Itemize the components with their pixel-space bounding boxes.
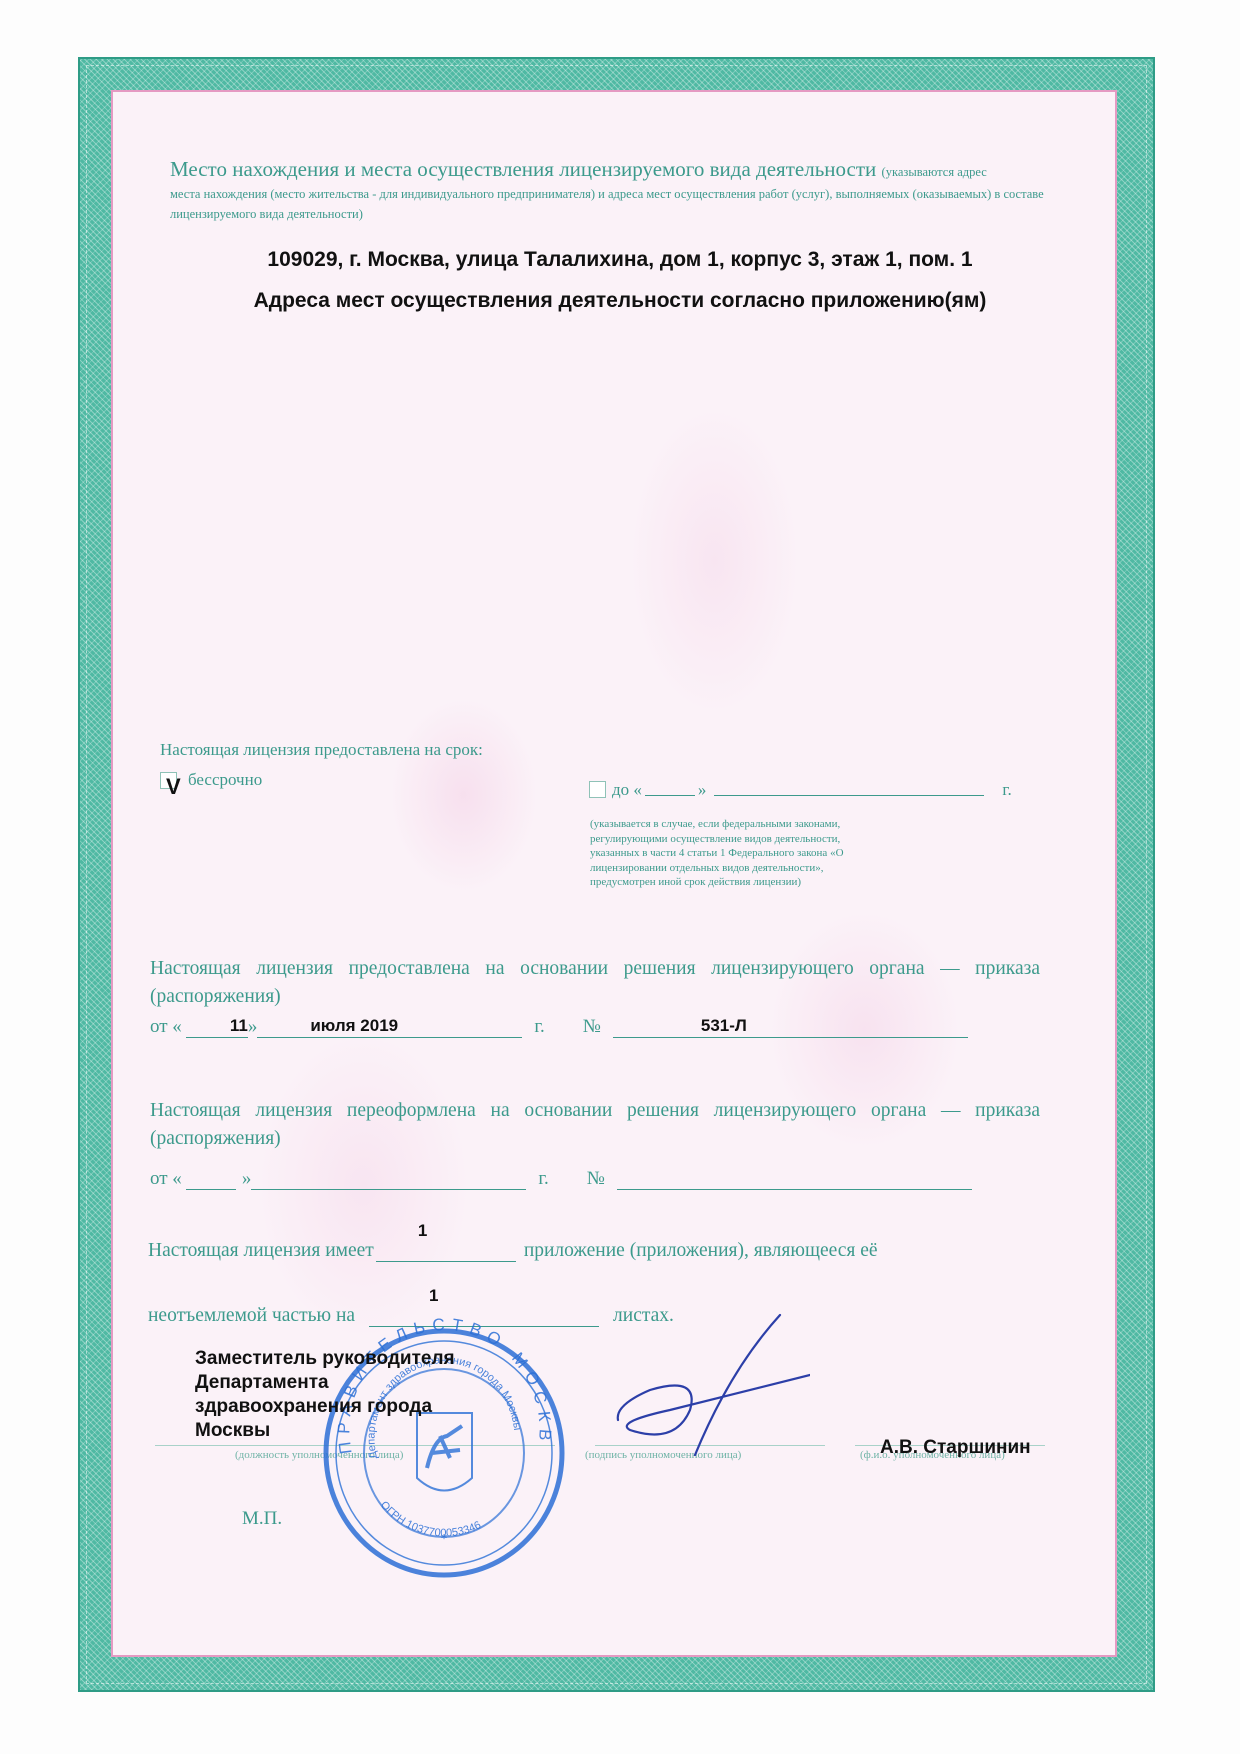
appendix-count-field: 1 bbox=[376, 1241, 516, 1262]
until-day-line bbox=[645, 795, 695, 796]
stamp-ogrn: ОГРН 1037700053346 bbox=[378, 1499, 483, 1539]
reissue-text: Настоящая лицензия переоформлена на осно… bbox=[150, 1097, 1040, 1153]
appendix-count: 1 bbox=[418, 1221, 427, 1241]
grant-month-year: июля 2019 bbox=[310, 1016, 398, 1035]
appendix-text-before: Настоящая лицензия имеет bbox=[148, 1240, 374, 1262]
reissue-number-field bbox=[617, 1171, 972, 1190]
position-line-2: Департамента bbox=[195, 1371, 455, 1395]
seal-place-label: М.П. bbox=[242, 1508, 282, 1530]
until-month-line bbox=[714, 795, 984, 796]
signatory-position: Заместитель руководителя Департамента зд… bbox=[195, 1347, 455, 1443]
address-note: Адреса мест осуществления деятельности с… bbox=[0, 289, 1240, 313]
term-label: Настоящая лицензия предоставлена на срок… bbox=[160, 740, 483, 760]
position-line-3: здравоохранения города bbox=[195, 1395, 455, 1419]
until-checkbox[interactable] bbox=[589, 781, 606, 798]
sheets-count: 1 bbox=[429, 1286, 438, 1306]
reissue-from-label: от « bbox=[150, 1168, 182, 1190]
handwritten-signature bbox=[610, 1310, 810, 1460]
grant-number-field: 531-Л bbox=[613, 1015, 968, 1038]
until-year-suffix: г. bbox=[1002, 780, 1011, 800]
grant-month-field: июля 2019 bbox=[257, 1015, 522, 1038]
reissue-year-suffix: г. bbox=[538, 1168, 548, 1190]
position-line-4: Москвы bbox=[195, 1419, 455, 1443]
appendix-row: Настоящая лицензия имеет 1 приложение (п… bbox=[148, 1240, 1038, 1262]
svg-text:*: * bbox=[441, 1532, 448, 1547]
reissue-date-row: от « » г. № bbox=[150, 1168, 1030, 1190]
svg-text:ОГРН 1037700053346: ОГРН 1037700053346 bbox=[378, 1499, 483, 1539]
until-quote: » bbox=[698, 780, 707, 800]
position-line-1: Заместитель руководителя bbox=[195, 1347, 455, 1371]
check-mark-icon: V bbox=[166, 774, 181, 800]
grant-number-label: № bbox=[583, 1016, 601, 1038]
grant-number: 531-Л bbox=[701, 1016, 747, 1035]
indefinite-label: бессрочно bbox=[188, 770, 262, 790]
signatory-name: А.В. Старшинин bbox=[880, 1437, 1031, 1459]
location-heading: Место нахождения и места осуществления л… bbox=[170, 157, 987, 182]
grant-day: 11 bbox=[230, 1016, 248, 1035]
grant-date-row: от « 11 » июля 2019 г. № 531-Л bbox=[150, 1015, 1030, 1038]
reissue-number-label: № bbox=[587, 1168, 605, 1190]
location-note-start: (указываются адрес bbox=[882, 165, 987, 179]
sheets-row: неотъемлемой частью на 1 листах. bbox=[148, 1305, 1038, 1327]
location-label: Место нахождения и места осуществления л… bbox=[170, 157, 876, 181]
address: 109029, г. Москва, улица Талалихина, дом… bbox=[0, 248, 1240, 272]
grant-day-field: 11 bbox=[186, 1015, 248, 1038]
term-note: (указывается в случае, если федеральными… bbox=[590, 817, 890, 890]
appendix-text-after: приложение (приложения), являющееся её bbox=[524, 1240, 878, 1262]
reissue-day-field bbox=[186, 1171, 236, 1190]
grant-text: Настоящая лицензия предоставлена на осно… bbox=[150, 955, 1040, 1011]
grant-from-label: от « bbox=[150, 1016, 182, 1038]
until-prefix: до « bbox=[612, 780, 642, 800]
grant-quote: » bbox=[248, 1016, 258, 1038]
grant-year-suffix: г. bbox=[534, 1016, 544, 1038]
reissue-quote: » bbox=[242, 1168, 252, 1190]
until-date-field: до « » г. bbox=[612, 780, 1012, 800]
reissue-month-field bbox=[251, 1171, 526, 1190]
location-note: места нахождения (место жительства - для… bbox=[170, 184, 1090, 224]
